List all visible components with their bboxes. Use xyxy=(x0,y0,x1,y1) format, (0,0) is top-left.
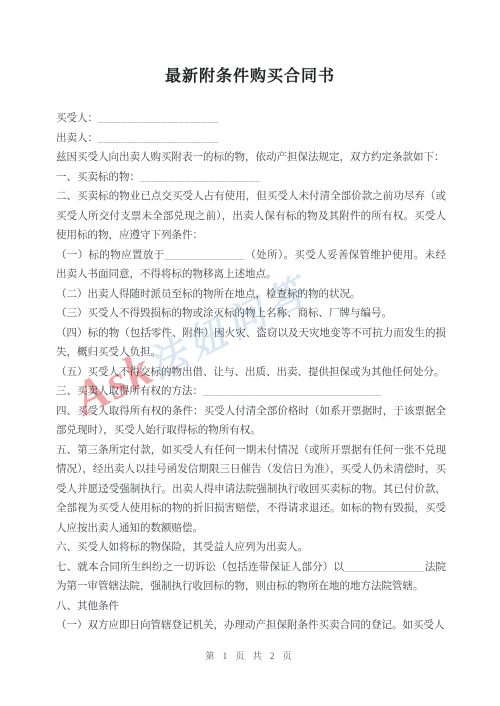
party-seller-blank: _____________________ xyxy=(98,133,219,144)
intro-paragraph: 兹因买受人向出卖人购买附表一的标的物，依动产担保法规定，双方约定条款如下： xyxy=(56,148,446,168)
clause-8-text: 八、其他条件 xyxy=(56,601,119,612)
clause-2-sub-1: （一）标的物应置放于______________（处所）。买受人妥善保管维护使用… xyxy=(56,246,446,285)
clause-8-sub-1-text: （一）双方应即日向管辖登记机关，办理动产担保附条件买卖合同的登记。如买受人 xyxy=(56,620,445,631)
clause-2-sub-5: （五）买受人不得交标的物出借、让与、出质、出卖、提供担保或为其他任何处分。 xyxy=(56,363,446,383)
clause-7-blank: ______________ xyxy=(344,562,425,573)
clause-7: 七、就本合同所生纠纷之一切诉讼（包括连带保证人部分）以_____________… xyxy=(56,558,446,597)
clause-1-text: 一、买卖标的物： xyxy=(56,172,140,183)
clause-3: 三、买卖人取得所有权的方法：__________________________… xyxy=(56,382,446,402)
page-title: 最新附条件购买合同书 xyxy=(0,63,500,86)
clause-3-text: 三、买卖人取得所有权的方法： xyxy=(56,386,203,397)
clause-2-sub-4: （四）标的物（包括零件、附件）因火灾、盗窃以及天灾地变等不可抗力而发生的损失，概… xyxy=(56,324,446,363)
clause-2-sub-4-text: （四）标的物（包括零件、附件）因火灾、盗窃以及天灾地变等不可抗力而发生的损失，概… xyxy=(56,328,446,359)
clause-2-sub-1-blank: ______________ xyxy=(165,250,246,261)
clause-2-sub-2: （二）出卖人得随时派员至标的物所在地点，检查标的物的状况。 xyxy=(56,285,446,305)
party-buyer-label: 买受人： xyxy=(56,113,98,124)
party-seller-line: 出卖人：_____________________ xyxy=(56,129,446,149)
clause-2-text: 二、买卖标的物业已点交买受人占有使用，但买受人未付清全部价款之前功尽弃（或买受人… xyxy=(56,191,446,241)
clause-1: 一、买卖标的物：_____________________ xyxy=(56,168,446,188)
clause-6-text: 六、买受人如将标的物保险，其受益人应列为出卖人。 xyxy=(56,542,308,553)
party-seller-label: 出卖人： xyxy=(56,133,98,144)
clause-2: 二、买卖标的物业已点交买受人占有使用，但买受人未付清全部价款之前功尽弃（或买受人… xyxy=(56,187,446,246)
clause-5-text: 五、第三条所定付款，如买受人有任何一期未付情况（或所开票据有任何一张不兑现情况）… xyxy=(56,445,446,534)
clause-8-sub-1: （一）双方应即日向管辖登记机关，办理动产担保附条件买卖合同的登记。如买受人 xyxy=(56,616,446,636)
clause-2-sub-3-text: （三）买受人不得毁损标的物或涂灭标的物上名称、商标、厂牌与编号。 xyxy=(56,308,392,319)
clause-5: 五、第三条所定付款，如买受人有任何一期未付情况（或所开票据有任何一张不兑现情况）… xyxy=(56,441,446,539)
clause-2-sub-2-text: （二）出卖人得随时派员至标的物所在地点，检查标的物的状况。 xyxy=(56,289,361,300)
clause-1-blank: _____________________ xyxy=(140,172,261,183)
contract-body: 买受人：_____________________ 出卖人：__________… xyxy=(56,109,446,636)
page-number: 第 1 页 共 2 页 xyxy=(0,649,500,662)
clause-2-sub-1-text: （一）标的物应置放于 xyxy=(56,250,165,261)
clause-4: 四、买受人取得所有权的条件：买受人付清全部价格时（如系开票据时，于该票据全部兑现… xyxy=(56,402,446,441)
clause-2-sub-3: （三）买受人不得毁损标的物或涂灭标的物上名称、商标、厂牌与编号。 xyxy=(56,304,446,324)
clause-7-text: 七、就本合同所生纠纷之一切诉讼（包括连带保证人部分）以 xyxy=(56,562,344,573)
clause-6: 六、买受人如将标的物保险，其受益人应列为出卖人。 xyxy=(56,538,446,558)
party-buyer-line: 买受人：_____________________ xyxy=(56,109,446,129)
clause-8: 八、其他条件 xyxy=(56,597,446,617)
clause-3-blank: _______________________________ xyxy=(203,386,381,397)
party-buyer-blank: _____________________ xyxy=(98,113,219,124)
contract-page: 最新附条件购买合同书 Ask法妞问答 买受人：_________________… xyxy=(0,0,500,706)
clause-4-text: 四、买受人取得所有权的条件：买受人付清全部价格时（如系开票据时，于该票据全部兑现… xyxy=(56,406,446,437)
clause-2-sub-5-text: （五）买受人不得交标的物出借、让与、出质、出卖、提供担保或为其他任何处分。 xyxy=(56,367,445,378)
